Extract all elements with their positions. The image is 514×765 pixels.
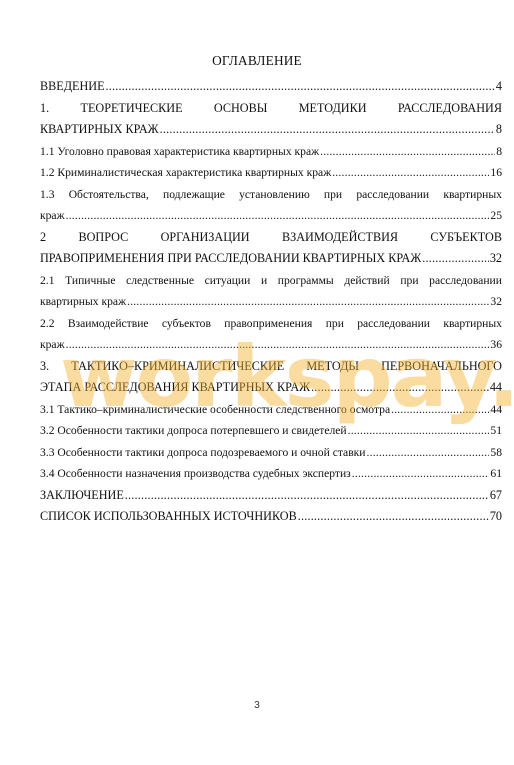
toc-entry[interactable]: ЗАКЛЮЧЕНИЕ67 — [40, 485, 502, 507]
toc-entry-title-line: 2ВОПРОСОРГАНИЗАЦИИВЗАИМОДЕЙСТВИЯСУБЪЕКТО… — [40, 227, 502, 249]
toc-word: 3. — [40, 356, 49, 378]
toc-word: расследовании — [356, 184, 429, 206]
dot-leader — [332, 162, 489, 184]
toc-word: ТАКТИКО–КРИМИНАЛИСТИЧЕСКИЕ — [71, 356, 284, 378]
toc-word: расследовании — [357, 313, 430, 335]
dot-leader — [367, 442, 490, 464]
toc-word: Взаимодействие — [68, 313, 149, 335]
dot-leader — [127, 291, 489, 313]
toc-word: ВЗАИМОДЕЙСТВИЯ — [282, 227, 398, 249]
dot-leader — [125, 485, 489, 507]
toc-entry-title-line: 1.3Обстоятельства,подлежащиеустановлению… — [40, 184, 502, 206]
dot-leader — [311, 377, 489, 399]
toc-entry[interactable]: 3.ТАКТИКО–КРИМИНАЛИСТИЧЕСКИЕМЕТОДЫПЕРВОН… — [40, 356, 502, 399]
toc-entry-title: ЭТАПА РАССЛЕДОВАНИЯ КВАРТИРНЫХ КРАЖ — [40, 377, 310, 399]
toc-word: правоприменения — [224, 313, 312, 335]
toc-entry[interactable]: 3.2 Особенности тактики допроса потерпев… — [40, 420, 502, 442]
toc-page-number: 58 — [490, 442, 502, 464]
toc-entry[interactable]: 2ВОПРОСОРГАНИЗАЦИИВЗАИМОДЕЙСТВИЯСУБЪЕКТО… — [40, 227, 502, 270]
toc-word: следственные — [126, 270, 194, 292]
toc-word: квартирных — [443, 313, 502, 335]
toc-page-number: 51 — [490, 420, 502, 442]
toc-entry[interactable]: СПИСОК ИСПОЛЬЗОВАННЫХ ИСТОЧНИКОВ70 — [40, 506, 502, 528]
toc-page-number: 67 — [490, 485, 502, 507]
toc-word: ситуации — [205, 270, 251, 292]
toc-page-number: 61 — [490, 463, 502, 485]
toc-page-number: 44 — [490, 399, 502, 421]
toc-entry-title: краж — [40, 334, 65, 356]
toc-entry-title: ВВЕДЕНИЕ — [40, 76, 105, 98]
toc-heading: ОГЛАВЛЕНИЕ — [0, 53, 514, 69]
toc-page-number: 16 — [490, 162, 502, 184]
toc-entry-title-line: 3.ТАКТИКО–КРИМИНАЛИСТИЧЕСКИЕМЕТОДЫПЕРВОН… — [40, 356, 502, 378]
toc-word: программы — [278, 270, 334, 292]
toc-entry[interactable]: 2.2Взаимодействиесубъектовправоприменени… — [40, 313, 502, 356]
toc-entry-title: КВАРТИРНЫХ КРАЖ — [40, 119, 159, 141]
toc-word: Типичные — [65, 270, 115, 292]
dot-leader — [422, 248, 489, 270]
toc-entry-title: квартирных краж — [40, 291, 126, 313]
toc-entry-title: 1.2 Криминалистическая характеристика кв… — [40, 162, 331, 184]
toc-entry-title: ЗАКЛЮЧЕНИЕ — [40, 485, 124, 507]
dot-leader — [352, 463, 490, 485]
toc-entry-title: 3.2 Особенности тактики допроса потерпев… — [40, 420, 347, 442]
toc-word: при — [324, 184, 342, 206]
toc-word: СУБЪЕКТОВ — [430, 227, 502, 249]
toc-word: ОСНОВЫ — [214, 98, 267, 120]
toc-entry-title: ПРАВОПРИМЕНЕНИЯ ПРИ РАССЛЕДОВАНИИ КВАРТИ… — [40, 248, 421, 270]
toc-page-number: 44 — [490, 377, 502, 399]
dot-leader — [298, 506, 489, 528]
toc-entry[interactable]: 3.4 Особенности назначения производства … — [40, 463, 502, 485]
toc-word: ПЕРВОНАЧАЛЬНОГО — [381, 356, 502, 378]
toc-page-number: 25 — [490, 205, 502, 227]
toc-page-number: 32 — [490, 291, 502, 313]
toc-word: МЕТОДИКИ — [299, 98, 367, 120]
dot-leader — [320, 141, 495, 163]
toc-entry[interactable]: 3.1 Тактико–криминалистические особеннос… — [40, 399, 502, 421]
toc-entry[interactable]: ВВЕДЕНИЕ4 — [40, 76, 502, 98]
toc-entry[interactable]: 1.1 Уголовно правовая характеристика ква… — [40, 141, 502, 163]
toc-page-number: 4 — [496, 76, 502, 98]
toc-entry[interactable]: 1.ТЕОРЕТИЧЕСКИЕОСНОВЫМЕТОДИКИРАССЛЕДОВАН… — [40, 98, 502, 141]
toc-entry[interactable]: 1.3Обстоятельства,подлежащиеустановлению… — [40, 184, 502, 227]
toc-word: 2.1 — [40, 270, 55, 292]
toc-word: квартирных — [443, 184, 502, 206]
dot-leader — [66, 334, 490, 356]
toc-page-number: 36 — [490, 334, 502, 356]
toc-word: расследовании — [429, 270, 502, 292]
toc-entry-title: СПИСОК ИСПОЛЬЗОВАННЫХ ИСТОЧНИКОВ — [40, 506, 297, 528]
dot-leader — [160, 119, 495, 141]
toc-word: 2 — [40, 227, 46, 249]
dot-leader — [106, 76, 495, 98]
toc-word: ТЕОРЕТИЧЕСКИЕ — [81, 98, 183, 120]
page-number: 3 — [0, 700, 514, 711]
toc-word: 1. — [40, 98, 49, 120]
toc-entry[interactable]: 1.2 Криминалистическая характеристика кв… — [40, 162, 502, 184]
toc-word: 1.3 — [40, 184, 55, 206]
toc-word: ОРГАНИЗАЦИИ — [161, 227, 250, 249]
toc-page-number: 70 — [490, 506, 502, 528]
toc-entry-title: 1.1 Уголовно правовая характеристика ква… — [40, 141, 319, 163]
toc-entry-title: 3.4 Особенности назначения производства … — [40, 463, 351, 485]
toc-entry-title-line: 1.ТЕОРЕТИЧЕСКИЕОСНОВЫМЕТОДИКИРАССЛЕДОВАН… — [40, 98, 502, 120]
toc-word: субъектов — [162, 313, 211, 335]
table-of-contents: ВВЕДЕНИЕ41.ТЕОРЕТИЧЕСКИЕОСНОВЫМЕТОДИКИРА… — [40, 76, 502, 528]
toc-word: при — [400, 270, 418, 292]
toc-entry[interactable]: 2.1Типичныеследственныеситуацииипрограмм… — [40, 270, 502, 313]
toc-word: установлению — [239, 184, 310, 206]
toc-word: при — [326, 313, 344, 335]
toc-entry-title-line: 2.1Типичныеследственныеситуацииипрограмм… — [40, 270, 502, 292]
dot-leader — [348, 420, 490, 442]
toc-page-number: 32 — [490, 248, 502, 270]
toc-entry-title: 3.1 Тактико–криминалистические особеннос… — [40, 399, 390, 421]
toc-word: МЕТОДЫ — [306, 356, 359, 378]
dot-leader — [66, 205, 490, 227]
dot-leader — [391, 399, 489, 421]
toc-word: РАССЛЕДОВАНИЯ — [398, 98, 502, 120]
toc-entry-title: 3.3 Особенности тактики допроса подозрев… — [40, 442, 366, 464]
toc-word: ВОПРОС — [78, 227, 128, 249]
toc-word: 2.2 — [40, 313, 55, 335]
toc-entry[interactable]: 3.3 Особенности тактики допроса подозрев… — [40, 442, 502, 464]
toc-entry-title-line: 2.2Взаимодействиесубъектовправоприменени… — [40, 313, 502, 335]
toc-page-number: 8 — [496, 141, 502, 163]
toc-word: Обстоятельства, — [69, 184, 149, 206]
toc-page-number: 8 — [496, 119, 502, 141]
toc-word: и — [261, 270, 267, 292]
document-page: ОГЛАВЛЕНИЕ ВВЕДЕНИЕ41.ТЕОРЕТИЧЕСКИЕОСНОВ… — [0, 0, 514, 765]
toc-word: действий — [344, 270, 389, 292]
toc-word: подлежащие — [163, 184, 225, 206]
toc-entry-title: краж — [40, 205, 65, 227]
